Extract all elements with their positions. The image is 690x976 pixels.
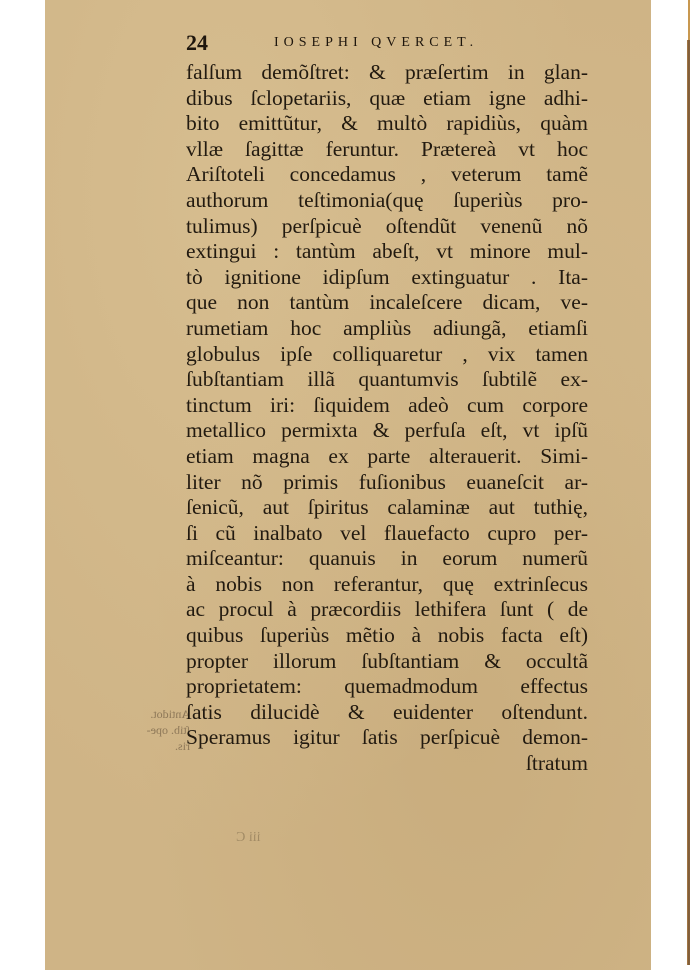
margin-note-bleedthrough: Antidot. ſtib. ope- ris. <box>100 706 190 754</box>
text-line: ſi cũ inalbato vel flauefacto cupro per- <box>186 521 588 547</box>
text-line: authorum teſtimonia(quę ſuperiùs pro- <box>186 188 588 214</box>
text-line: ac procul à præcordiis lethifera ſunt ( … <box>186 597 588 623</box>
margin-note-line: ſtib. ope- <box>100 722 190 738</box>
text-line: liter nõ primis fuſionibus euaneſcit ar- <box>186 470 588 496</box>
footer-bleedthrough: iii C <box>236 830 261 846</box>
page-number: 24 <box>186 30 208 56</box>
text-line: falſum demõſtret: & præſertim in glan- <box>186 60 588 86</box>
text-line: dibus ſclopetariis, quæ etiam igne adhi- <box>186 86 588 112</box>
text-line: ſatis dilucidè & euidenter oſtendunt. <box>186 700 588 726</box>
text-line: tinctum iri: ſiquidem adeò cum corpore <box>186 393 588 419</box>
text-line: tò ignitione idipſum extinguatur . Ita- <box>186 265 588 291</box>
margin-note-line: ris. <box>100 738 190 754</box>
text-line: tulimus) perſpicuè oſtendũt venenũ nõ <box>186 214 588 240</box>
text-line: Speramus igitur ſatis perſpicuè demon- <box>186 725 588 751</box>
catchword: ſtratum <box>186 751 588 777</box>
text-line: rumetiam hoc ampliùs adiungã, etiamſi <box>186 316 588 342</box>
text-line: globulus ipſe colliquaretur , vix tamen <box>186 342 588 368</box>
text-line: extingui : tantùm abeſt, vt minore mul- <box>186 239 588 265</box>
text-line: proprietatem: quemadmodum effectus <box>186 674 588 700</box>
text-line: etiam magna ex parte alterauerit. Simi- <box>186 444 588 470</box>
text-line: à nobis non referantur, quę extrinſecus <box>186 572 588 598</box>
running-head: IOSEPHI QVERCET. <box>274 35 478 51</box>
text-line: Ariſtoteli concedamus , veterum tamẽ <box>186 162 588 188</box>
text-line: propter illorum ſubſtantiam & occultã <box>186 649 588 675</box>
text-line: metallico permixta & perfuſa eſt, vt ipſ… <box>186 418 588 444</box>
text-line: miſceantur: quanuis in eorum numerũ <box>186 546 588 572</box>
text-line: vllæ ſagittæ feruntur. Prætereà vt hoc <box>186 137 588 163</box>
text-line: ſubſtantiam illã quantumvis ſubtilẽ ex- <box>186 367 588 393</box>
text-line: quibus ſuperiùs mẽtio à nobis facta eſt) <box>186 623 588 649</box>
text-line: que non tantùm incaleſcere dicam, ve- <box>186 290 588 316</box>
page-header: 24 IOSEPHI QVERCET. <box>186 30 586 56</box>
text-line: bito emittũtur, & multò rapidiùs, quàm <box>186 111 588 137</box>
body-text: falſum demõſtret: & præſertim in glan- d… <box>186 60 588 777</box>
margin-note-line: Antidot. <box>100 706 190 722</box>
text-line: ſenicũ, aut ſpiritus calaminæ aut tuthię… <box>186 495 588 521</box>
